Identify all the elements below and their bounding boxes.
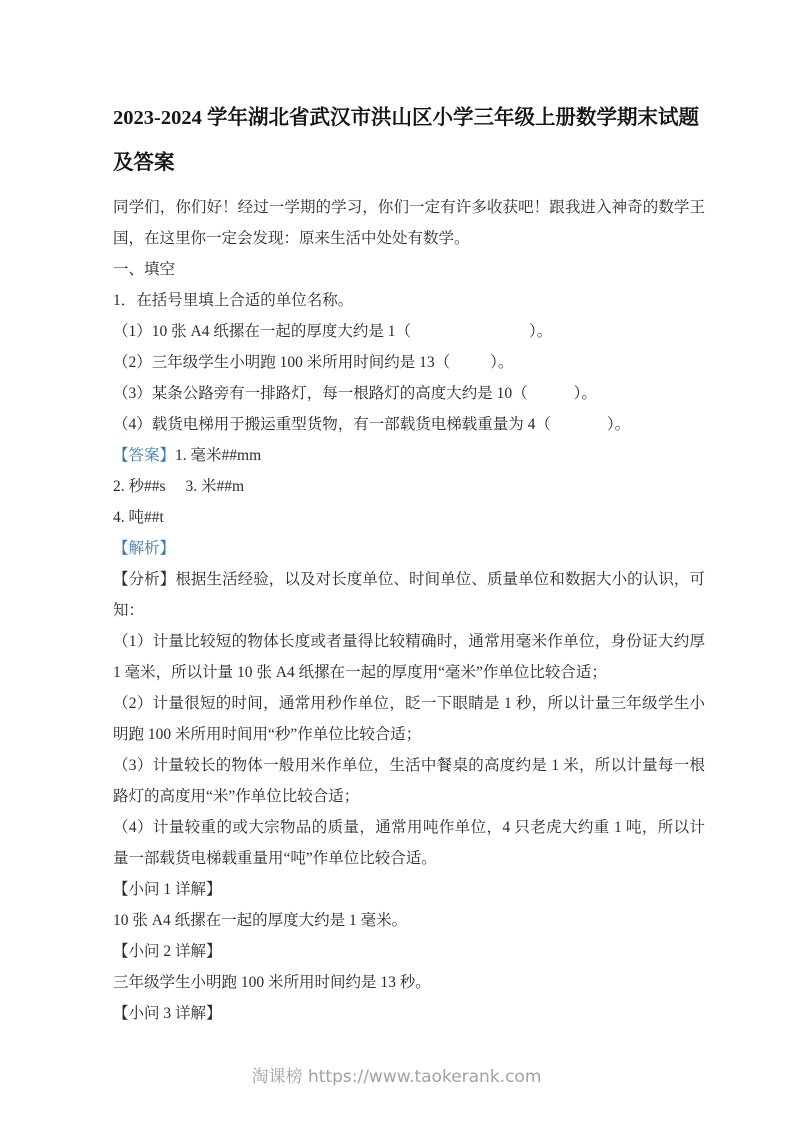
analysis-point-2: （2）计量很短的时间，通常用秒作单位，眨一下眼睛是 1 秒，所以计量三年级学生小… (113, 688, 705, 750)
question-text-end: ）。 (490, 354, 513, 371)
answer-blank (411, 334, 529, 336)
page-title: 2023-2024 学年湖北省武汉市洪山区小学三年级上册数学期末试题及答案 (113, 96, 705, 186)
question-text-end: ）。 (529, 323, 552, 340)
detail-label-3: 【小问 3 详解】 (113, 998, 705, 1029)
answer-line-3: 4. 吨##t (113, 502, 705, 533)
question-text: （3）某条公路旁有一排路灯，每一根路灯的高度大约是 10（ (113, 385, 528, 402)
detail-label-1: 【小问 1 详解】 (113, 874, 705, 905)
answer-line-2: 2. 秒##s3. 米##m (113, 471, 705, 502)
question-stem: 1．在括号里填上合适的单位名称。 (113, 285, 705, 316)
analysis-overview: 【分析】根据生活经验，以及对长度单位、时间单位、质量单位和数据大小的认识，可知： (113, 564, 705, 626)
intro-paragraph: 同学们，你们好！经过一学期的学习，你们一定有许多收获吧！跟我进入神奇的数学王国，… (113, 192, 705, 254)
answer-blank (450, 365, 490, 367)
question-item-2: （2）三年级学生小明跑 100 米所用时间约是 13（）。 (113, 347, 705, 378)
question-text-end: ）。 (574, 385, 597, 402)
analysis-label: 【解析】 (113, 533, 705, 564)
section-heading: 一、填空 (113, 254, 705, 285)
question-item-1: （1）10 张 A4 纸摞在一起的厚度大约是 1（）。 (113, 316, 705, 347)
answer-line-1: 【答案】1. 毫米##mm (113, 440, 705, 471)
answer-label: 【答案】 (113, 447, 175, 464)
page-footer: 淘课榜 https://www.taokerank.com (0, 1062, 793, 1087)
question-text: （2）三年级学生小明跑 100 米所用时间约是 13（ (113, 354, 450, 371)
answer-blank (528, 396, 574, 398)
tab-gap (166, 489, 186, 491)
detail-label-2: 【小问 2 详解】 (113, 936, 705, 967)
detail-text-1: 10 张 A4 纸摞在一起的厚度大约是 1 毫米。 (113, 905, 705, 936)
question-text: （4）载货电梯用于搬运重型货物，有一部载货电梯载重量为 4（ (113, 416, 551, 433)
answer-blank (551, 427, 607, 429)
answer-text: 1. 毫米##mm (175, 447, 261, 464)
question-text-end: ）。 (607, 416, 630, 433)
footer-link[interactable]: 淘课榜 https://www.taokerank.com (252, 1067, 542, 1087)
detail-text-2: 三年级学生小明跑 100 米所用时间约是 13 秒。 (113, 967, 705, 998)
question-item-4: （4）载货电梯用于搬运重型货物，有一部载货电梯载重量为 4（）。 (113, 409, 705, 440)
answer-text: 2. 秒##s (113, 478, 166, 495)
answer-text: 3. 米##m (186, 478, 245, 495)
question-item-3: （3）某条公路旁有一排路灯，每一根路灯的高度大约是 10（）。 (113, 378, 705, 409)
analysis-point-4: （4）计量较重的或大宗物品的质量，通常用吨作单位，4 只老虎大约重 1 吨，所以… (113, 812, 705, 874)
analysis-point-3: （3）计量较长的物体一般用米作单位，生活中餐桌的高度约是 1 米，所以计量每一根… (113, 750, 705, 812)
exam-document: 2023-2024 学年湖北省武汉市洪山区小学三年级上册数学期末试题及答案 同学… (113, 96, 705, 1029)
analysis-point-1: （1）计量比较短的物体长度或者量得比较精确时，通常用毫米作单位，身份证大约厚 1… (113, 626, 705, 688)
question-text: （1）10 张 A4 纸摞在一起的厚度大约是 1（ (113, 323, 411, 340)
